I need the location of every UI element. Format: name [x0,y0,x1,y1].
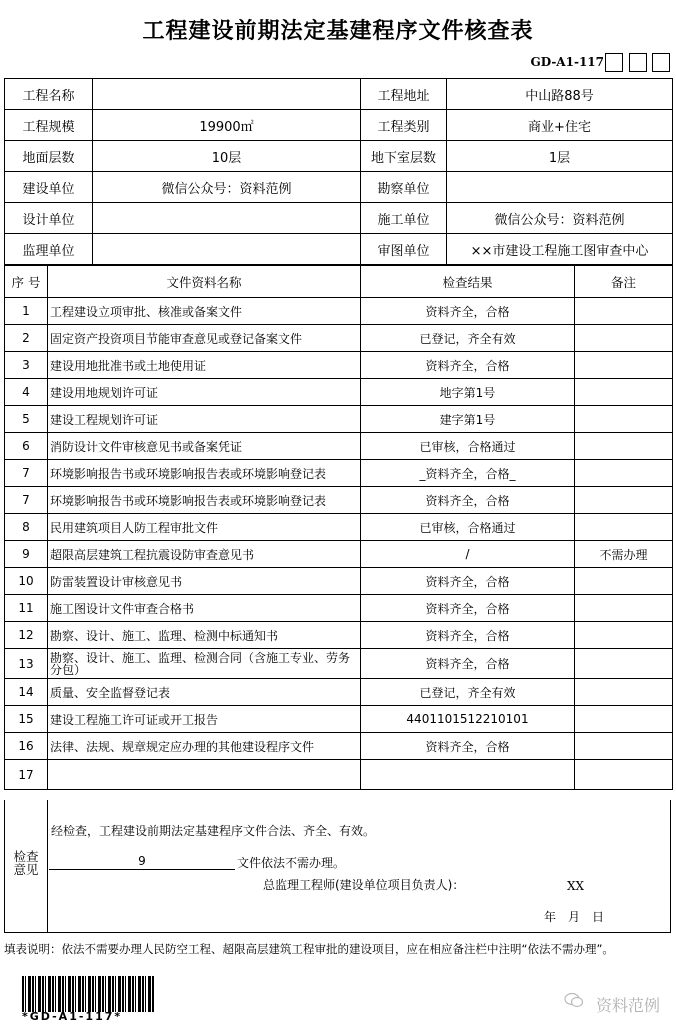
signer-label: 总监理工程师(建设单位项目负责人)： [263,876,464,893]
info-value[interactable]: 10层 [93,141,361,172]
row-document-name: 环境影响报告书或环境影响报告表或环境影响登记表 [48,460,361,487]
checklist-row: 3建设用地批准书或土地使用证资料齐全，合格 [5,352,673,379]
watermark: 资料范例 [596,993,660,1016]
info-label: 监理单位 [5,234,93,265]
row-seq: 13 [5,649,48,679]
row-check-result[interactable]: 建字第1号 [361,406,575,433]
row-document-name: 建设工程施工许可证或开工报告 [48,706,361,733]
barcode [22,976,154,1012]
row-remark[interactable] [575,379,673,406]
row-remark[interactable] [575,406,673,433]
signer-name: XX [567,879,584,893]
row-document-name: 超限高层建筑工程抗震设防审查意见书 [48,541,361,568]
row-document-name [48,760,361,790]
row-remark[interactable] [575,433,673,460]
row-check-result[interactable]: 已审核，合格通过 [361,433,575,460]
row-seq: 2 [5,325,48,352]
row-check-result[interactable]: 资料齐全，合格 [361,568,575,595]
barcode-text: *GD-A1-117* [22,1010,156,1023]
info-value[interactable] [447,172,673,203]
row-document-name: 工程建设立项审批、核准或备案文件 [48,298,361,325]
row-remark[interactable] [575,649,673,679]
checklist-row: 9超限高层建筑工程抗震设防审查意见书/不需办理 [5,541,673,568]
row-seq: 7 [5,487,48,514]
row-document-name: 勘察、设计、施工、监理、检测中标通知书 [48,622,361,649]
row-check-result[interactable] [361,760,575,790]
checklist-row: 12勘察、设计、施工、监理、检测中标通知书资料齐全，合格 [5,622,673,649]
row-document-name: 防雷装置设计审核意见书 [48,568,361,595]
row-document-name: 环境影响报告书或环境影响报告表或环境影响登记表 [48,487,361,514]
row-check-result[interactable]: 已登记，齐全有效 [361,679,575,706]
row-check-result[interactable]: 已登记，齐全有效 [361,325,575,352]
code-box-2[interactable] [629,53,647,72]
checklist-row: 1工程建设立项审批、核准或备案文件资料齐全，合格 [5,298,673,325]
wechat-icon [564,992,584,1008]
code-box-1[interactable] [605,53,623,72]
info-row: 建设单位微信公众号：资料范例勘察单位 [5,172,673,203]
row-remark[interactable] [575,760,673,790]
row-check-result[interactable]: 资料齐全，合格 [361,595,575,622]
row-document-name: 勘察、设计、施工、监理、检测合同（含施工专业、劳务分包） [48,649,361,679]
opinion-divider [47,800,48,933]
project-info-table: 工程名称工程地址中山路88号工程规模19900㎡工程类别商业+住宅地面层数10层… [4,78,673,265]
info-value[interactable] [93,79,361,110]
row-document-name: 施工图设计文件审查合格书 [48,595,361,622]
info-label: 地下室层数 [361,141,447,172]
checklist-row: 2固定资产投资项目节能审查意见或登记备案文件已登记，齐全有效 [5,325,673,352]
info-row: 工程名称工程地址中山路88号 [5,79,673,110]
row-remark[interactable] [575,325,673,352]
row-document-name: 建设工程规划许可证 [48,406,361,433]
header-remark: 备注 [575,266,673,298]
info-value[interactable]: 19900㎡ [93,110,361,141]
info-value[interactable] [93,234,361,265]
not-required-count[interactable]: 9 [49,854,235,870]
row-remark[interactable] [575,514,673,541]
row-seq: 5 [5,406,48,433]
info-label: 审图单位 [361,234,447,265]
info-value[interactable]: 1层 [447,141,673,172]
row-remark[interactable] [575,679,673,706]
row-seq: 3 [5,352,48,379]
info-value[interactable]: 中山路88号 [447,79,673,110]
sign-date: 年 月 日 [544,908,604,925]
row-check-result[interactable]: 资料齐全，合格 [361,622,575,649]
row-seq: 1 [5,298,48,325]
header-name: 文件资料名称 [48,266,361,298]
info-label: 工程类别 [361,110,447,141]
row-seq: 4 [5,379,48,406]
checklist-row: 6消防设计文件审核意见书或备案凭证已审核，合格通过 [5,433,673,460]
row-document-name: 建设用地批准书或土地使用证 [48,352,361,379]
row-check-result[interactable]: 4401101512210101 [361,706,575,733]
info-label: 地面层数 [5,141,93,172]
fill-instructions: 填表说明：依法不需要办理人民防空工程、超限高层建筑工程审批的建设项目，应在相应备… [4,941,614,957]
row-seq: 15 [5,706,48,733]
checklist-row: 8民用建筑项目人防工程审批文件已审核，合格通过 [5,514,673,541]
row-remark[interactable] [575,352,673,379]
info-row: 工程规模19900㎡工程类别商业+住宅 [5,110,673,141]
row-seq: 14 [5,679,48,706]
info-label: 工程规模 [5,110,93,141]
info-row: 监理单位审图单位××市建设工程施工图审查中心 [5,234,673,265]
row-seq: 6 [5,433,48,460]
row-check-result[interactable]: 地字第1号 [361,379,575,406]
not-required-suffix: 文件依法不需办理。 [237,854,345,871]
document-checklist-table: 序 号 文件资料名称 检查结果 备注 1工程建设立项审批、核准或备案文件资料齐全… [4,265,673,790]
row-check-result[interactable]: 已审核，合格通过 [361,514,575,541]
checklist-row: 7环境影响报告书或环境影响报告表或环境影响登记表资料齐全，合格 [5,487,673,514]
info-row: 地面层数10层地下室层数1层 [5,141,673,172]
form-code: GD-A1-117 [530,55,604,69]
checklist-row: 4建设用地规划许可证地字第1号 [5,379,673,406]
row-document-name: 固定资产投资项目节能审查意见或登记备案文件 [48,325,361,352]
row-document-name: 质量、安全监督登记表 [48,679,361,706]
opinion-label: 检查意见 [5,850,47,876]
info-value[interactable]: 微信公众号：资料范例 [93,172,361,203]
row-document-name: 消防设计文件审核意见书或备案凭证 [48,433,361,460]
checklist-row: 10防雷装置设计审核意见书资料齐全，合格 [5,568,673,595]
row-seq: 16 [5,733,48,760]
page-title: 工程建设前期法定基建程序文件核查表 [0,14,676,45]
row-document-name: 建设用地规划许可证 [48,379,361,406]
row-seq: 17 [5,760,48,790]
row-remark[interactable] [575,622,673,649]
row-remark[interactable] [575,733,673,760]
row-remark[interactable] [575,595,673,622]
row-seq: 11 [5,595,48,622]
info-label: 设计单位 [5,203,93,234]
info-value[interactable]: 商业+住宅 [447,110,673,141]
checklist-row: 15建设工程施工许可证或开工报告4401101512210101 [5,706,673,733]
info-label: 工程名称 [5,79,93,110]
row-remark[interactable] [575,568,673,595]
checklist-row: 7环境影响报告书或环境影响报告表或环境影响登记表_资料齐全，合格_ [5,460,673,487]
code-box-3[interactable] [652,53,670,72]
info-value[interactable]: 微信公众号：资料范例 [447,203,673,234]
row-remark[interactable] [575,706,673,733]
row-document-name: 法律、法规、规章规定应办理的其他建设程序文件 [48,733,361,760]
header-result: 检查结果 [361,266,575,298]
opinion-statement: 经检查，工程建设前期法定基建程序文件合法、齐全、有效。 [51,822,375,839]
checklist-row: 14质量、安全监督登记表已登记，齐全有效 [5,679,673,706]
info-value[interactable]: ××市建设工程施工图审查中心 [447,234,673,265]
checklist-row: 17 [5,760,673,790]
info-value[interactable] [93,203,361,234]
row-check-result[interactable]: _资料齐全，合格_ [361,460,575,487]
info-label: 施工单位 [361,203,447,234]
row-check-result[interactable]: 资料齐全，合格 [361,649,575,679]
row-seq: 9 [5,541,48,568]
row-check-result[interactable]: 资料齐全，合格 [361,733,575,760]
row-seq: 12 [5,622,48,649]
info-label: 工程地址 [361,79,447,110]
row-document-name: 民用建筑项目人防工程审批文件 [48,514,361,541]
row-seq: 8 [5,514,48,541]
row-remark[interactable] [575,460,673,487]
info-row: 设计单位施工单位微信公众号：资料范例 [5,203,673,234]
checklist-row: 16法律、法规、规章规定应办理的其他建设程序文件资料齐全，合格 [5,733,673,760]
row-check-result[interactable]: 资料齐全，合格 [361,352,575,379]
row-check-result[interactable]: / [361,541,575,568]
row-seq: 10 [5,568,48,595]
row-check-result[interactable]: 资料齐全，合格 [361,487,575,514]
checklist-row: 5建设工程规划许可证建字第1号 [5,406,673,433]
checklist-row: 11施工图设计文件审查合格书资料齐全，合格 [5,595,673,622]
row-remark[interactable] [575,298,673,325]
info-label: 勘察单位 [361,172,447,203]
opinion-section: 检查意见 经检查，工程建设前期法定基建程序文件合法、齐全、有效。 9 文件依法不… [4,800,671,933]
header-seq: 序 号 [5,266,48,298]
row-remark[interactable] [575,487,673,514]
checklist-row: 13勘察、设计、施工、监理、检测合同（含施工专业、劳务分包）资料齐全，合格 [5,649,673,679]
info-label: 建设单位 [5,172,93,203]
row-seq: 7 [5,460,48,487]
row-remark[interactable]: 不需办理 [575,541,673,568]
checklist-header-row: 序 号 文件资料名称 检查结果 备注 [5,266,673,298]
row-check-result[interactable]: 资料齐全，合格 [361,298,575,325]
